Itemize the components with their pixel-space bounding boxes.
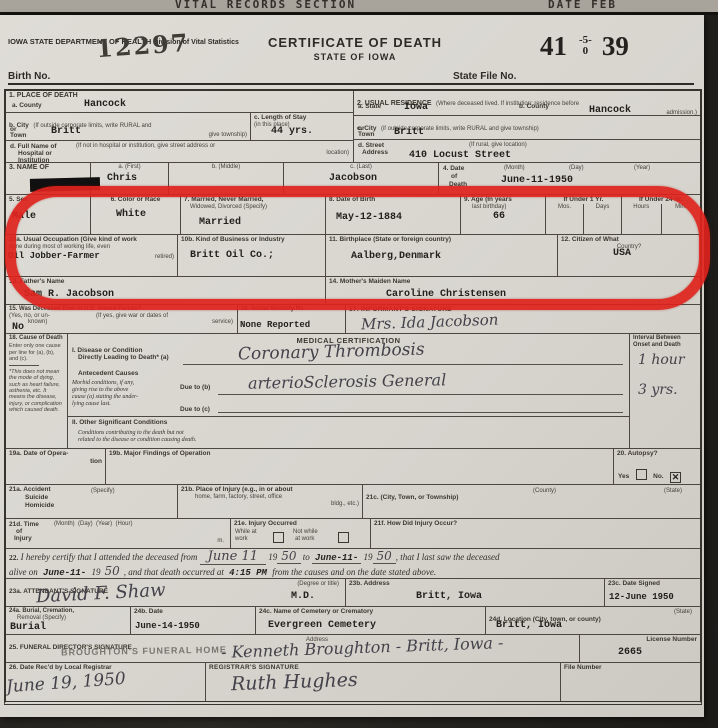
certify-line2c: from the causes and on the date stated a… [272, 567, 436, 577]
due-c-line [218, 398, 623, 413]
attendant-signature: David F. Shaw [36, 580, 166, 606]
certify-statement-cell: 22. I hereby certify that I attended the… [6, 549, 700, 578]
residence-heading-note: (Where deceased lived. If institution: r… [436, 101, 579, 107]
injury-occurred-label: 21e. Injury Occurred [234, 520, 367, 528]
while-at-work-checkbox [273, 532, 284, 543]
operation-date-label2: tion [9, 458, 102, 466]
dod-value: June-11-1950 [501, 175, 573, 186]
injury-state-label: (State) [664, 488, 682, 495]
not-while-label1: Not while [293, 529, 318, 536]
morbid-line4: lying cause last. [72, 401, 111, 408]
license-value: 2665 [618, 647, 642, 658]
res-town-label: Town [358, 131, 375, 139]
license-label: License Number [583, 636, 697, 644]
top-stamp-strip: VITAL RECORDS SECTION DATE FEB [0, 0, 718, 15]
due-b-value: arterioSclerosis General [248, 370, 447, 392]
not-while-work-checkbox [338, 532, 349, 543]
red-marker-circle [5, 186, 710, 310]
morbid-line2: giving rise to the above [72, 387, 128, 394]
interval-cell: Interval Between Onset and Death 1 hour … [630, 334, 700, 448]
medical-certification-cell: MEDICAL CERTIFICATION I. Disease or Cond… [68, 334, 630, 448]
res-city-value: Britt [394, 127, 424, 138]
cemetery-label: 24c. Name of Cemetery or Crematory [259, 608, 482, 616]
forces-note4: service) [212, 319, 233, 326]
attendant-address-label: 23b. Address [349, 580, 601, 588]
interval-a-value: 1 hour [638, 352, 685, 368]
degree-title-label: (Degree or title) [297, 581, 339, 588]
cause-margin-note1: Enter only one cause per line for (a), (… [9, 343, 64, 362]
operation-findings-label: 19b. Major Findings of Operation [109, 450, 610, 458]
last-name-value: Jacobson [329, 173, 377, 184]
injury-time-cols: (Month) (Day) (Year) (Hour) [54, 521, 132, 528]
interval-label2: Onset and Death [633, 342, 697, 349]
hosp-label3: Institution [18, 157, 49, 162]
forces-note2: known) [28, 319, 47, 326]
morbid-line3: cause (a) stating the under- [72, 394, 138, 401]
certify-time-value: 4:15 PM [226, 568, 270, 578]
vital-records-stamp: VITAL RECORDS SECTION [175, 0, 356, 11]
place-city-cell: b. City (If outside corporate limits, wr… [6, 113, 251, 140]
injury-county-label: (County) [533, 488, 556, 495]
middle-name-label: b. (Middle) [172, 164, 280, 171]
certify-number: 22. [9, 553, 18, 562]
reg-number-right: 39 [602, 31, 629, 62]
burial-location-cell: 24d. Location (City, town, or county) (S… [486, 607, 700, 634]
registrar-sig-label: REGISTRAR'S SIGNATURE [209, 664, 557, 672]
informant-signature: Mrs. Ida Jacobson [361, 311, 499, 333]
autopsy-yes-label: Yes [618, 473, 629, 480]
certify-line1a: I hereby certify that I attended the dec… [21, 552, 198, 562]
res-street-note: (If rural, give location) [469, 142, 527, 149]
place-county-value: Hancock [84, 99, 126, 110]
date-signed-label: 23c. Date Signed [608, 580, 697, 588]
reg-number-middle: -5- 0 [579, 35, 592, 57]
res-state-value: Iowa [404, 102, 428, 113]
injury-kind-label2: Suicide [25, 494, 174, 502]
autopsy-no-checkbox: ✕ [670, 472, 681, 483]
certify-line1b: , that I last saw the deceased [396, 552, 500, 562]
attendant-signature-cell: 23a. ATTENDANT'S SIGNATURE (Degree or ti… [6, 579, 346, 606]
injury-place-label1: 21b. Place of Injury (e.g., in or about [181, 486, 359, 494]
certify-to-word: to [303, 552, 310, 562]
burial-type-label1: 24a. Burial, Cremation, [9, 608, 127, 615]
burial-date-cell: 24b. Date June-14-1950 [131, 607, 256, 634]
attendant-address-cell: 23b. Address Britt, Iowa [346, 579, 605, 606]
injury-time-cell: 21d. Time of Injury (Month) (Day) (Year)… [6, 519, 231, 548]
first-name-label: a. (First) [94, 164, 165, 171]
certify-to-typed: June-11- [312, 553, 361, 564]
operation-date-cell: 19a. Date of Opera- tion [6, 449, 106, 484]
injury-time-label1: 21d. Time [9, 521, 39, 529]
date-received-cell: 26. Date Rec'd by Local Registrar June 1… [6, 663, 206, 701]
birth-no-label: Birth No. [8, 71, 50, 82]
injury-city-label: 21c. (City, Town, or Township) [366, 494, 458, 501]
section-place-of-death: 1. PLACE OF DEATH a. County Hancock b. C… [6, 91, 354, 162]
autopsy-cell: 20. Autopsy? Yes No. ✕ [614, 449, 700, 484]
cause-margin-cell: 18. Cause of Death Enter only one cause … [6, 334, 68, 448]
place-stay-cell: c. Length of Stay (in this place) 44 yrs… [251, 113, 353, 140]
place-county-label: a. County [12, 102, 42, 110]
injury-specify-label: (Specify) [91, 488, 115, 495]
while-at-label1: While at [235, 529, 257, 536]
injury-kind-cell: 21a. Accident Suicide Homicide (Specify) [6, 485, 178, 518]
interval-b-value: 3 yrs. [638, 382, 678, 398]
autopsy-no-label: No. [653, 473, 663, 480]
date-signed-value: 12-June 1950 [609, 592, 674, 602]
certificate-form: 1. PLACE OF DEATH a. County Hancock b. C… [4, 89, 702, 705]
cemetery-cell: 24c. Name of Cemetery or Crematory Everg… [256, 607, 486, 634]
title-text: CERTIFICATE OF DEATH [250, 35, 460, 50]
due-c-label: Due to (c) [180, 406, 210, 414]
reg-mid-bottom: 0 [583, 45, 589, 57]
operation-date-label1: 19a. Date of Opera- [9, 450, 102, 458]
file-number-line: Birth No. State File No. [8, 67, 694, 85]
autopsy-label: 20. Autopsy? [617, 450, 697, 458]
certify-ypre1: 19 [268, 552, 277, 562]
funeral-director-cell: 25. FUNERAL DIRECTOR'S SIGNATURE Address… [6, 635, 580, 662]
injury-time-label3: Injury [14, 535, 32, 543]
injury-kind-label3: Homicide [25, 502, 174, 510]
injury-city-cell: 21c. (City, Town, or Township) (County) … [363, 485, 700, 518]
injury-place-cell: 21b. Place of Injury (e.g., in or about … [178, 485, 363, 518]
hosp-note2: location) [326, 150, 349, 157]
cause-heading: 18. Cause of Death [9, 335, 64, 342]
other-note1: Conditions contributing to the death but… [78, 430, 184, 437]
not-while-label2: at work [295, 536, 314, 543]
burial-state-label: (State) [674, 609, 692, 616]
burial-location-value: Britt, Iowa [496, 620, 562, 631]
dod-year-label: (Year) [634, 165, 650, 172]
section-usual-residence: 2. USUAL RESIDENCE (Where deceased lived… [354, 91, 700, 162]
dod-label2: of [451, 173, 457, 181]
stay-label: c. Length of Stay [254, 114, 350, 122]
first-name-value: Chris [107, 173, 137, 184]
certificate-title: CERTIFICATE OF DEATH STATE OF IOWA [250, 35, 460, 62]
certify-yhand1: 50 [277, 549, 300, 564]
interval-label1: Interval Between [633, 335, 697, 342]
injury-time-m: m. [217, 538, 224, 545]
burial-date-value: June-14-1950 [135, 621, 200, 631]
file-number-label: File Number [564, 664, 697, 672]
certify-yhand3: 50 [100, 564, 123, 578]
place-town-label: Town [10, 132, 27, 140]
forces-value: No [12, 322, 24, 333]
attendant-degree-value: M.D. [291, 591, 315, 602]
forces-note3: (If yes, give war or dates of [96, 313, 168, 320]
while-at-label2: work [235, 536, 248, 543]
scanned-death-certificate: VITAL RECORDS SECTION DATE FEB IOWA STAT… [0, 0, 718, 728]
cause-margin-note2: *This does not mean the mode of dying, s… [9, 369, 64, 413]
last-name-label: c. (Last) [287, 164, 435, 171]
attendant-address-value: Britt, Iowa [416, 591, 482, 602]
certify-ypre2: 19 [364, 552, 373, 562]
injury-place-label3: bldg., etc.) [181, 501, 359, 508]
injury-how-cell: 21f. How Did Injury Occur? [371, 519, 700, 548]
certify-alive-typed: June-11- [40, 568, 89, 578]
license-cell: License Number 2665 [580, 635, 700, 662]
certify-yhand2: 50 [373, 549, 396, 564]
dod-month-label: (Month) [504, 165, 525, 172]
injury-how-label: 21f. How Did Injury Occur? [374, 520, 697, 528]
res-street-value: 410 Locust Street [409, 150, 511, 161]
autopsy-yes-checkbox [636, 469, 647, 480]
res-county-label: b. County [519, 103, 549, 111]
injury-place-label2: home, farm, factory, street, office [195, 494, 359, 501]
registrar-signature-cell: REGISTRAR'S SIGNATURE Ruth Hughes [206, 663, 561, 701]
other-significant-label: II. Other Significant Conditions [72, 419, 167, 427]
date-signed-cell: 23c. Date Signed 12-June 1950 [605, 579, 700, 606]
certify-from-hand: June 11 [200, 549, 266, 565]
res-state-label: a. State [358, 103, 381, 111]
due-b-label: Due to (b) [180, 384, 210, 392]
dod-day-label: (Day) [569, 165, 584, 172]
burial-date-label: 24b. Date [134, 608, 252, 616]
certify-line2b: , and that death occurred at [124, 567, 224, 577]
hosp-note: (If not in hospital or institution, give… [76, 143, 215, 150]
registrar-signature: Ruth Hughes [231, 669, 358, 695]
reg-number-left: 41 [540, 31, 567, 62]
subtitle-text: STATE OF IOWA [250, 52, 460, 62]
antecedent-label: Antecedent Causes [78, 370, 138, 378]
name-of-label: 3. NAME OF [9, 164, 87, 172]
other-note2: related to the disease or condition caus… [78, 437, 196, 444]
burial-type-value: Burial [10, 622, 46, 633]
res-county-value: Hancock [589, 105, 631, 116]
res-street-label2: Address [362, 149, 388, 157]
injury-occurred-cell: 21e. Injury Occurred While at work Not w… [231, 519, 371, 548]
registration-numbers-stamp: 41 -5- 0 39 [540, 31, 700, 62]
morbid-line1: Morbid conditions, if any, [72, 380, 134, 387]
funeral-home-stamp: BROUGHTON'S FUNERAL HOME [61, 645, 227, 658]
dod-label1: 4. Date [443, 165, 464, 173]
funeral-director-signature: - Kenneth Broughton - Britt, Iowa - [221, 635, 504, 662]
certificate-paper: IOWA STATE DEPARTMENT OF HEALTH Division… [0, 15, 704, 717]
stay-value: 44 yrs. [271, 126, 313, 137]
place-heading: 1. PLACE OF DEATH [9, 92, 350, 100]
operation-findings-cell: 19b. Major Findings of Operation [106, 449, 614, 484]
certificate-number-stamp: 12297 [95, 28, 190, 63]
file-number-cell: File Number [561, 663, 700, 701]
certify-line2a: alive on [9, 567, 38, 577]
cemetery-value: Evergreen Cemetery [268, 620, 376, 631]
ssn-value: None Reported [240, 320, 310, 330]
place-city-note2: give township) [9, 132, 247, 139]
date-stamp: DATE FEB [548, 0, 617, 11]
burial-type-cell: 24a. Burial, Cremation, Removal (Specify… [6, 607, 131, 634]
state-file-no-label: State File No. [453, 71, 516, 82]
date-received-value: June 19, 1950 [6, 669, 126, 697]
place-city-value: Britt [51, 126, 81, 137]
disease-label2: Directly Leading to Death* (a) [78, 354, 169, 362]
